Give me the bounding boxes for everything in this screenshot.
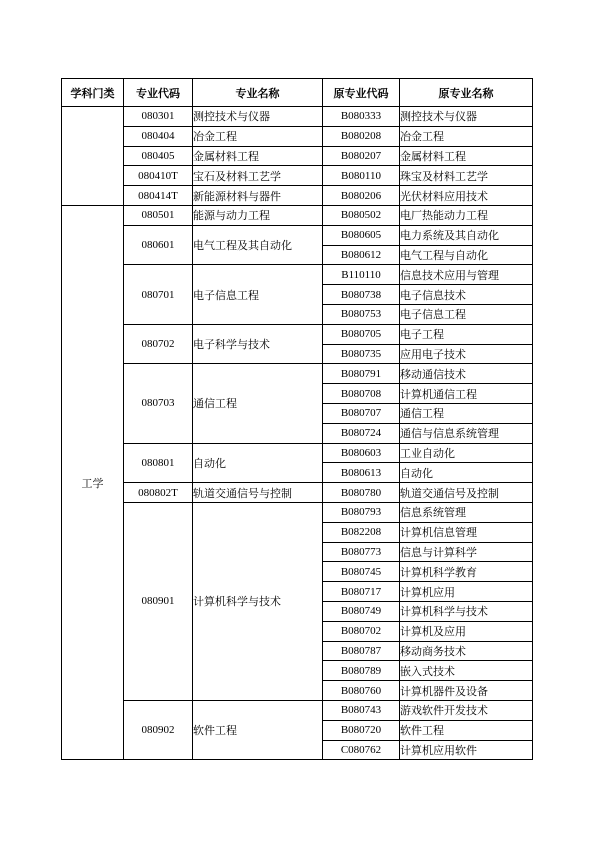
old-name-cell: 测控技术与仪器: [400, 107, 533, 127]
major-name-cell: 计算机科学与技术: [193, 502, 323, 700]
old-code-cell: B080612: [323, 245, 400, 265]
old-name-cell: 电气工程与自动化: [400, 245, 533, 265]
major-name-cell: 新能源材料与器件: [193, 186, 323, 206]
major-code-cell: 080801: [124, 443, 193, 483]
old-code-cell: C080762: [323, 740, 400, 760]
old-code-cell: B080208: [323, 126, 400, 146]
old-code-cell: B080773: [323, 542, 400, 562]
old-code-cell: B080603: [323, 443, 400, 463]
old-code-cell: B080738: [323, 285, 400, 305]
table-row: 080414T新能源材料与器件B080206光伏材料应用技术: [62, 186, 533, 206]
major-name-cell: 自动化: [193, 443, 323, 483]
table-row: 080301测控技术与仪器B080333测控技术与仪器: [62, 107, 533, 127]
header-major-code: 专业代码: [124, 79, 193, 107]
major-name-cell: 轨道交通信号与控制: [193, 483, 323, 503]
table-row: 080410T宝石及材料工艺学B080110珠宝及材料工艺学: [62, 166, 533, 186]
old-code-cell: B080720: [323, 720, 400, 740]
major-code-cell: 080901: [124, 502, 193, 700]
document-page: 学科门类专业代码专业名称原专业代码原专业名称 080301测控技术与仪器B080…: [0, 0, 595, 841]
old-name-cell: 通信与信息系统管理: [400, 423, 533, 443]
major-name-cell: 能源与动力工程: [193, 205, 323, 225]
old-code-cell: B082208: [323, 522, 400, 542]
major-code-cell: 080414T: [124, 186, 193, 206]
major-code-cell: 080601: [124, 225, 193, 265]
old-code-cell: B080613: [323, 463, 400, 483]
major-name-cell: 冶金工程: [193, 126, 323, 146]
header-old-name: 原专业名称: [400, 79, 533, 107]
old-name-cell: 计算机应用软件: [400, 740, 533, 760]
old-name-cell: 移动商务技术: [400, 641, 533, 661]
old-name-cell: 计算机器件及设备: [400, 681, 533, 701]
old-code-cell: B080780: [323, 483, 400, 503]
major-name-cell: 金属材料工程: [193, 146, 323, 166]
major-code-cell: 080301: [124, 107, 193, 127]
major-name-cell: 电子科学与技术: [193, 324, 323, 364]
old-code-cell: B080702: [323, 621, 400, 641]
header-old-code: 原专业代码: [323, 79, 400, 107]
table-row: 080601电气工程及其自动化B080605电力系统及其自动化: [62, 225, 533, 245]
old-code-cell: B080717: [323, 582, 400, 602]
table-row: 080801自动化B080603工业自动化: [62, 443, 533, 463]
major-name-cell: 通信工程: [193, 364, 323, 443]
major-code-cell: 080405: [124, 146, 193, 166]
old-name-cell: 信息与计算科学: [400, 542, 533, 562]
old-code-cell: B080707: [323, 403, 400, 423]
table-row: 080802T轨道交通信号与控制B080780轨道交通信号及控制: [62, 483, 533, 503]
major-code-cell: 080410T: [124, 166, 193, 186]
old-code-cell: B080735: [323, 344, 400, 364]
old-name-cell: 移动通信技术: [400, 364, 533, 384]
old-code-cell: B080333: [323, 107, 400, 127]
old-code-cell: B080793: [323, 502, 400, 522]
old-code-cell: B080724: [323, 423, 400, 443]
old-name-cell: 电力系统及其自动化: [400, 225, 533, 245]
old-name-cell: 工业自动化: [400, 443, 533, 463]
major-code-cell: 080703: [124, 364, 193, 443]
major-name-cell: 软件工程: [193, 700, 323, 759]
header-category: 学科门类: [62, 79, 124, 107]
major-code-cell: 080702: [124, 324, 193, 364]
old-code-cell: B080705: [323, 324, 400, 344]
old-name-cell: 应用电子技术: [400, 344, 533, 364]
table-row: 080702电子科学与技术B080705电子工程: [62, 324, 533, 344]
category-cell: 工学: [62, 205, 124, 759]
table-body: 080301测控技术与仪器B080333测控技术与仪器080404冶金工程B08…: [62, 107, 533, 760]
old-name-cell: 嵌入式技术: [400, 661, 533, 681]
major-name-cell: 电气工程及其自动化: [193, 225, 323, 265]
major-code-cell: 080701: [124, 265, 193, 324]
old-name-cell: 计算机应用: [400, 582, 533, 602]
old-name-cell: 计算机科学教育: [400, 562, 533, 582]
major-equivalency-table: 学科门类专业代码专业名称原专业代码原专业名称 080301测控技术与仪器B080…: [61, 78, 533, 760]
old-code-cell: B080753: [323, 304, 400, 324]
old-name-cell: 电子信息工程: [400, 304, 533, 324]
old-name-cell: 轨道交通信号及控制: [400, 483, 533, 503]
old-code-cell: B080206: [323, 186, 400, 206]
table-row: 080703通信工程B080791移动通信技术: [62, 364, 533, 384]
header-row: 学科门类专业代码专业名称原专业代码原专业名称: [62, 79, 533, 107]
old-name-cell: 游戏软件开发技术: [400, 700, 533, 720]
old-code-cell: B080787: [323, 641, 400, 661]
major-name-cell: 电子信息工程: [193, 265, 323, 324]
old-name-cell: 软件工程: [400, 720, 533, 740]
old-code-cell: B080791: [323, 364, 400, 384]
major-name-cell: 宝石及材料工艺学: [193, 166, 323, 186]
old-name-cell: 珠宝及材料工艺学: [400, 166, 533, 186]
old-name-cell: 电子工程: [400, 324, 533, 344]
old-code-cell: B080789: [323, 661, 400, 681]
old-name-cell: 自动化: [400, 463, 533, 483]
major-name-cell: 测控技术与仪器: [193, 107, 323, 127]
old-code-cell: B080708: [323, 384, 400, 404]
header-major-name: 专业名称: [193, 79, 323, 107]
old-code-cell: B080749: [323, 601, 400, 621]
major-code-cell: 080501: [124, 205, 193, 225]
old-code-cell: B080743: [323, 700, 400, 720]
table-row: 080701电子信息工程B110110信息技术应用与管理: [62, 265, 533, 285]
old-name-cell: 信息技术应用与管理: [400, 265, 533, 285]
major-code-cell: 080802T: [124, 483, 193, 503]
old-name-cell: 计算机通信工程: [400, 384, 533, 404]
old-name-cell: 计算机科学与技术: [400, 601, 533, 621]
old-code-cell: B110110: [323, 265, 400, 285]
table-header: 学科门类专业代码专业名称原专业代码原专业名称: [62, 79, 533, 107]
old-name-cell: 通信工程: [400, 403, 533, 423]
table-row: 工学080501能源与动力工程B080502电厂热能动力工程: [62, 205, 533, 225]
category-cell: [62, 107, 124, 206]
old-name-cell: 光伏材料应用技术: [400, 186, 533, 206]
old-name-cell: 电厂热能动力工程: [400, 205, 533, 225]
old-code-cell: B080745: [323, 562, 400, 582]
old-name-cell: 计算机信息管理: [400, 522, 533, 542]
major-code-cell: 080902: [124, 700, 193, 759]
old-name-cell: 冶金工程: [400, 126, 533, 146]
major-code-cell: 080404: [124, 126, 193, 146]
old-code-cell: B080110: [323, 166, 400, 186]
old-name-cell: 计算机及应用: [400, 621, 533, 641]
table-row: 080404冶金工程B080208冶金工程: [62, 126, 533, 146]
old-code-cell: B080502: [323, 205, 400, 225]
old-name-cell: 信息系统管理: [400, 502, 533, 522]
old-code-cell: B080207: [323, 146, 400, 166]
table-row: 080901计算机科学与技术B080793信息系统管理: [62, 502, 533, 522]
old-code-cell: B080605: [323, 225, 400, 245]
old-name-cell: 金属材料工程: [400, 146, 533, 166]
table-row: 080902软件工程B080743游戏软件开发技术: [62, 700, 533, 720]
old-code-cell: B080760: [323, 681, 400, 701]
old-name-cell: 电子信息技术: [400, 285, 533, 305]
table-row: 080405金属材料工程B080207金属材料工程: [62, 146, 533, 166]
